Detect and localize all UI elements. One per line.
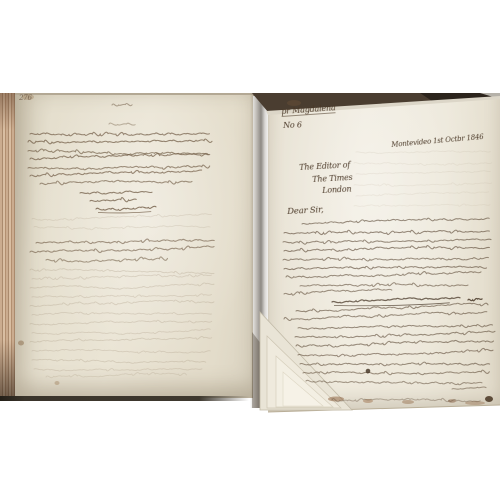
- salutation: Dear Sir,: [287, 205, 324, 217]
- left-page: [15, 95, 253, 398]
- gutter-shadow: [250, 93, 270, 408]
- left-page-number: 276: [19, 94, 32, 102]
- manuscript-photo: 276 pr Magdalena No 6 Montevideo 1st Oct…: [0, 0, 500, 500]
- binding-edge: [0, 93, 15, 401]
- addressee-line-3: London: [322, 184, 352, 195]
- photo-bottom-edge: [0, 396, 249, 401]
- letter-number: No 6: [283, 120, 302, 130]
